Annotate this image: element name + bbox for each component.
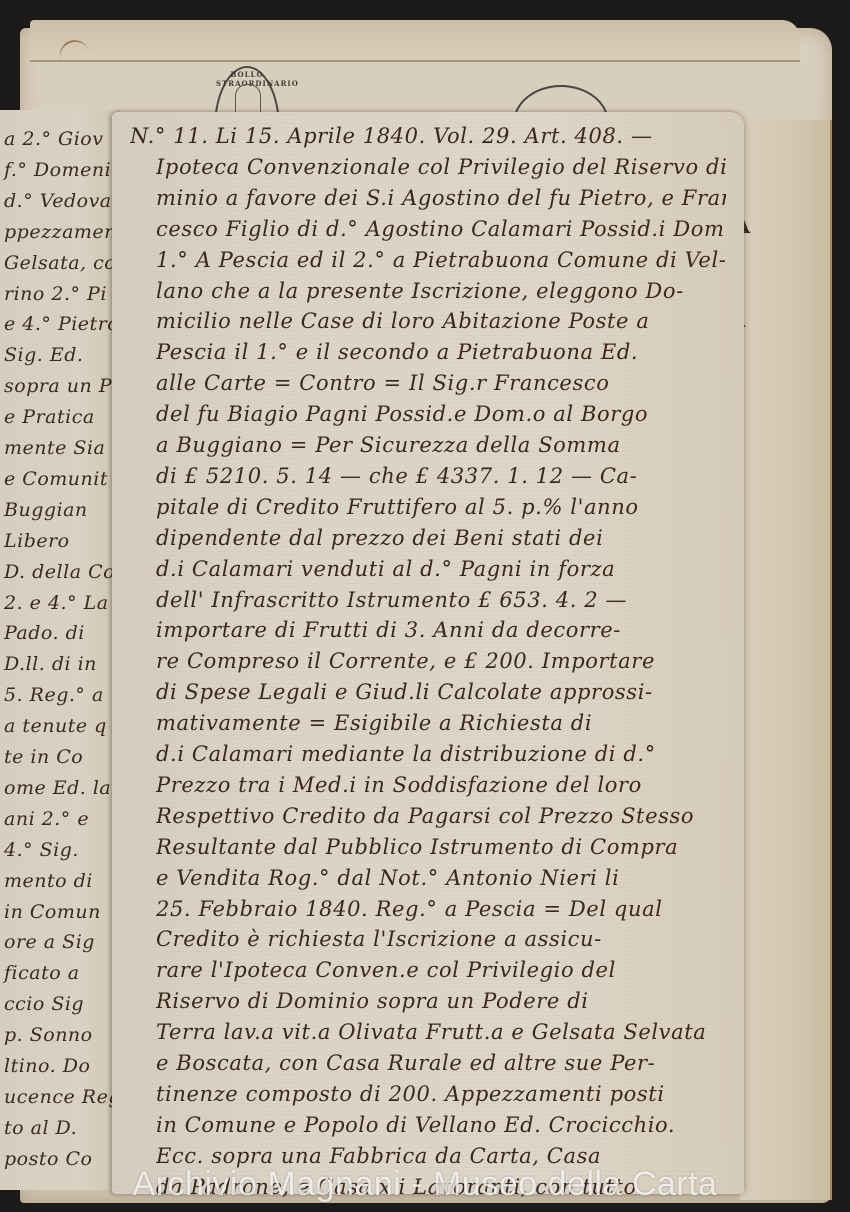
manuscript-line: Prezzo tra i Med.i in Soddisfazione del … [156,773,726,797]
manuscript-line: Respettivo Credito da Pagarsi col Prezzo… [156,804,726,828]
manuscript-line: Ipoteca Convenzionale col Privilegio del… [156,155,726,179]
right-underlying-sheet [740,120,832,1200]
manuscript-line: dell' Infrascritto Istrumento £ 653. 4. … [156,588,726,612]
manuscript-line: d.i Calamari mediante la distribuzione d… [156,742,726,766]
main-manuscript-page: N.° 11. Li 15. Aprile 1840. Vol. 29. Art… [112,112,744,1194]
manuscript-line: alle Carte = Contro = Il Sig.r Francesco [156,371,726,395]
manuscript-line: micilio nelle Case di loro Abitazione Po… [156,309,726,333]
manuscript-line: e Vendita Rog.° dal Not.° Antonio Nieri … [156,866,726,890]
left-page-line: te in Co [4,746,83,768]
manuscript-line: e Boscata, con Casa Rurale ed altre sue … [156,1051,726,1075]
left-page-line: Libero [4,530,70,552]
manuscript-line: Riservo di Dominio sopra un Podere di [156,989,726,1013]
archive-watermark: Archivio Magnani - Museo della Carta [0,1165,850,1204]
manuscript-line: minio a favore dei S.i Agostino del fu P… [156,186,726,210]
left-page-line: 5. Reg.° a [4,684,104,706]
left-page-line: e Comunit [4,468,108,490]
manuscript-line: N.° 11. Li 15. Aprile 1840. Vol. 29. Art… [130,124,726,148]
left-page-line: p. Sonno [4,1024,93,1046]
torn-paper-edge [30,20,800,62]
left-page-line: to al D. [4,1117,77,1139]
left-page-line: e Pratica [4,406,95,428]
left-page-line: Gelsata, co [4,252,116,274]
manuscript-line: tinenze composto di 200. Appezzamenti po… [156,1082,726,1106]
manuscript-line: a Buggiano = Per Sicurezza della Somma [156,433,726,457]
manuscript-line: Pescia il 1.° e il secondo a Pietrabuona… [156,340,726,364]
left-page-line: ani 2.° e [4,808,89,830]
left-page-line: e 4.° Pietro [4,313,119,335]
left-page-line: ppezzamenti [4,221,119,243]
manuscript-line: importare di Frutti di 3. Anni da decorr… [156,618,726,642]
manuscript-line: rare l'Ipoteca Conven.e col Privilegio d… [156,958,726,982]
left-page-line: Pado. di [4,622,85,644]
left-page-line: rino 2.° Pi [4,283,107,305]
left-underlying-page: a 2.° Giovf.° Domenid.° Vedovappezzament… [0,110,119,1190]
left-page-line: ccio Sig [4,993,84,1015]
left-page-line: a tenute q [4,715,107,737]
left-page-line: 4.° Sig. [4,839,79,861]
manuscript-line: re Compreso il Corrente, e £ 200. Import… [156,649,726,673]
manuscript-line: del fu Biagio Pagni Possid.e Dom.o al Bo… [156,402,726,426]
manuscript-line: di £ 5210. 5. 14 — che £ 4337. 1. 12 — C… [156,464,726,488]
left-page-line: ficato a [4,962,80,984]
manuscript-line: 25. Febbraio 1840. Reg.° a Pescia = Del … [156,897,726,921]
left-page-line: sopra un Po [4,375,119,397]
left-page-line: ome Ed. la [4,777,111,799]
left-page-line: a 2.° Giov [4,128,103,150]
left-page-line: ore a Sig [4,931,95,953]
manuscript-line: mativamente = Esigibile a Richiesta di [156,711,726,735]
left-page-line: Buggian [4,499,88,521]
left-page-line: Sig. Ed. [4,344,83,366]
left-page-line: ltino. Do [4,1055,90,1077]
manuscript-line: in Comune e Popolo di Vellano Ed. Crocic… [156,1113,726,1137]
manuscript-line: 1.° A Pescia ed il 2.° a Pietrabuona Com… [156,248,726,272]
left-page-line: f.° Domeni [4,159,111,181]
manuscript-line: d.i Calamari venduti al d.° Pagni in for… [156,557,726,581]
manuscript-line: di Spese Legali e Giud.li Calcolate appr… [156,680,726,704]
manuscript-line: dipendente dal prezzo dei Beni stati dei [156,526,726,550]
manuscript-line: Credito è richiesta l'Iscrizione a assic… [156,927,726,951]
left-page-line: in Comun [4,901,101,923]
left-page-line: mento di [4,870,93,892]
manuscript-line: cesco Figlio di d.° Agostino Calamari Po… [156,217,726,241]
left-page-line: d.° Vedova [4,190,112,212]
left-page-line: D.ll. di in [4,653,97,675]
left-page-line: mente Sia [4,437,105,459]
left-page-line: ucence Reg [4,1086,119,1108]
left-page-line: 2. e 4.° La [4,592,109,614]
manuscript-line: lano che a la presente Iscrizione, elegg… [156,279,726,303]
manuscript-line: Terra lav.a vit.a Olivata Frutt.a e Gels… [156,1020,726,1044]
scanned-document: BOLLO STRAORDINARIO A TÀ a 2.° Giovf.° D… [0,0,850,1212]
manuscript-line: pitale di Credito Fruttifero al 5. p.% l… [156,495,726,519]
manuscript-line: Resultante dal Pubblico Istrumento di Co… [156,835,726,859]
left-page-line: D. della Co [4,561,115,583]
